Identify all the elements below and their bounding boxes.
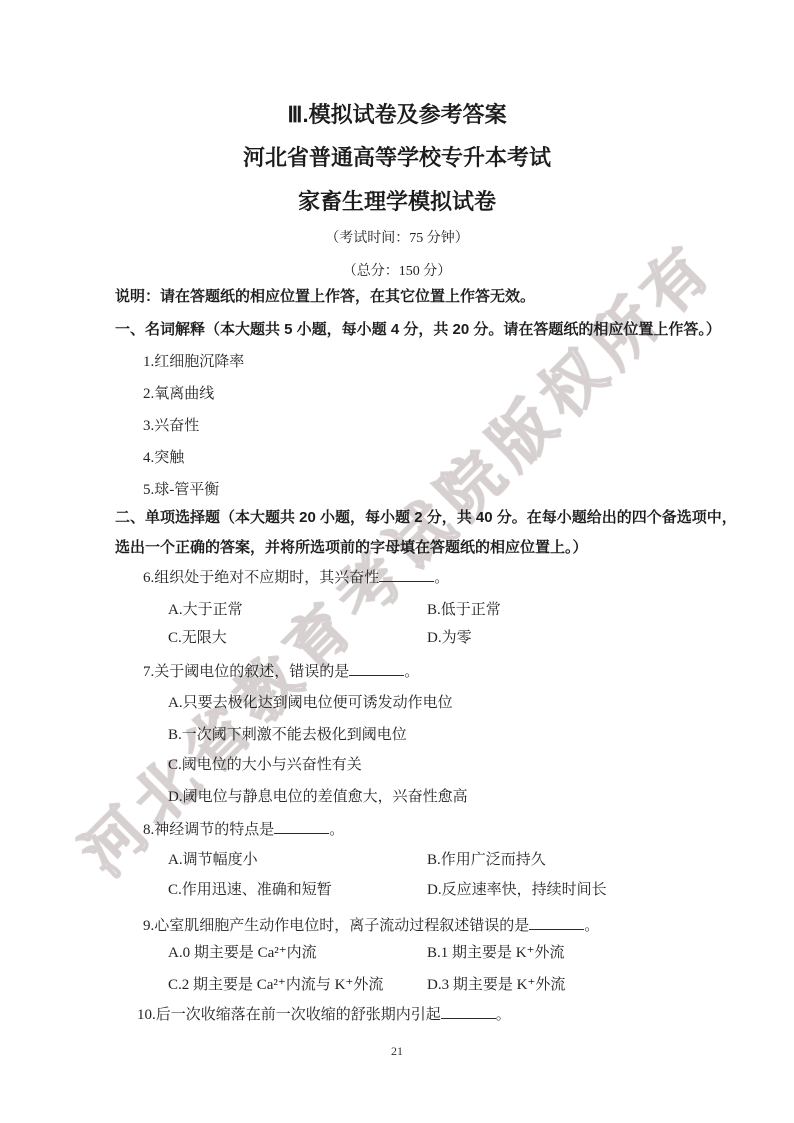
question-10-stem: 10.后一次收缩落在前一次收缩的舒张期内引起。 <box>137 1004 511 1026</box>
question-7-stem-tail: 。 <box>404 664 419 680</box>
option-6-a: A.大于正常 <box>168 599 427 621</box>
page-number: 21 <box>0 1040 794 1062</box>
total-score: （总分：150 分） <box>0 261 794 283</box>
question-6-options-row1: A.大于正常B.低于正常 <box>168 599 501 621</box>
doc-section-title: Ⅲ.模拟试卷及参考答案 <box>0 101 794 129</box>
question-8-stem-tail: 。 <box>329 822 344 838</box>
definition-item-5: 5.球-管平衡 <box>143 479 219 501</box>
paper-title: 家畜生理学模拟试卷 <box>0 188 794 216</box>
option-9-b: B.1 期主要是 K⁺外流 <box>427 945 565 961</box>
instructions: 说明：请在答题纸的相应位置上作答，在其它位置上作答无效。 <box>115 286 535 308</box>
option-9-d: D.3 期主要是 K⁺外流 <box>427 977 565 993</box>
section2-heading-line1: 二、单项选择题（本大题共 20 小题，每小题 2 分，共 40 分。在每小题给出… <box>115 507 737 529</box>
answer-blank <box>441 1004 496 1019</box>
question-10-stem-tail: 。 <box>496 1007 511 1023</box>
section1-heading: 一、名词解释（本大题共 5 小题，每小题 4 分，共 20 分。请在答题纸的相应… <box>115 319 721 341</box>
question-7-stem-text: 7.关于阈电位的叙述，错误的是 <box>143 664 349 680</box>
definition-item-4: 4.突触 <box>143 447 184 469</box>
question-8-options-row2: C.作用迅速、准确和短暂D.反应速率快，持续时间长 <box>168 879 607 901</box>
option-9-c: C.2 期主要是 Ca²⁺内流与 K⁺外流 <box>168 974 427 996</box>
exam-paper-page: 河北省教育考试院版权所有 Ⅲ.模拟试卷及参考答案 河北省普通高等学校专升本考试 … <box>0 0 794 1123</box>
section2-heading-line2: 选出一个正确的答案，并将所选项前的字母填在答题纸的相应位置上。） <box>115 537 588 559</box>
exam-name-title: 河北省普通高等学校专升本考试 <box>0 144 794 172</box>
exam-time: （考试时间：75 分钟） <box>0 228 794 250</box>
question-7-stem: 7.关于阈电位的叙述，错误的是。 <box>143 661 419 683</box>
page-content: Ⅲ.模拟试卷及参考答案 河北省普通高等学校专升本考试 家畜生理学模拟试卷 （考试… <box>0 0 794 1123</box>
question-8-options-row1: A.调节幅度小B.作用广泛而持久 <box>168 849 546 871</box>
question-9-options-row2: C.2 期主要是 Ca²⁺内流与 K⁺外流D.3 期主要是 K⁺外流 <box>168 974 565 996</box>
question-6-stem: 6.组织处于绝对不应期时，其兴奋性。 <box>143 567 449 589</box>
question-9-stem-tail: 。 <box>584 918 599 934</box>
question-9-stem: 9.心室肌细胞产生动作电位时，离子流动过程叙述错误的是。 <box>143 915 599 937</box>
option-8-c: C.作用迅速、准确和短暂 <box>168 879 427 901</box>
question-6-stem-tail: 。 <box>434 570 449 586</box>
option-7-a: A.只要去极化达到阈电位便可诱发动作电位 <box>168 692 453 714</box>
question-9-options-row1: A.0 期主要是 Ca²⁺内流B.1 期主要是 K⁺外流 <box>168 942 565 964</box>
answer-blank <box>274 819 329 834</box>
answer-blank <box>379 567 434 582</box>
option-6-b: B.低于正常 <box>427 602 501 618</box>
option-8-d: D.反应速率快，持续时间长 <box>427 882 607 898</box>
question-9-stem-text: 9.心室肌细胞产生动作电位时，离子流动过程叙述错误的是 <box>143 918 529 934</box>
question-6-stem-text: 6.组织处于绝对不应期时，其兴奋性 <box>143 570 379 586</box>
option-7-b: B.一次阈下刺激不能去极化到阈电位 <box>168 724 407 746</box>
option-7-c: C.阈电位的大小与兴奋性有关 <box>168 754 362 776</box>
question-10-stem-text: 10.后一次收缩落在前一次收缩的舒张期内引起 <box>137 1007 441 1023</box>
question-8-stem: 8.神经调节的特点是。 <box>143 819 344 841</box>
definition-item-3: 3.兴奋性 <box>143 415 199 437</box>
definition-item-2: 2.氧离曲线 <box>143 383 214 405</box>
option-8-a: A.调节幅度小 <box>168 849 427 871</box>
question-6-options-row2: C.无限大D.为零 <box>168 627 472 649</box>
option-6-c: C.无限大 <box>168 627 427 649</box>
option-9-a: A.0 期主要是 Ca²⁺内流 <box>168 942 427 964</box>
question-8-stem-text: 8.神经调节的特点是 <box>143 822 274 838</box>
answer-blank <box>349 661 404 676</box>
option-6-d: D.为零 <box>427 630 472 646</box>
definition-item-1: 1.红细胞沉降率 <box>143 351 244 373</box>
option-8-b: B.作用广泛而持久 <box>427 852 546 868</box>
answer-blank <box>529 915 584 930</box>
option-7-d: D.阈电位与静息电位的差值愈大，兴奋性愈高 <box>168 786 468 808</box>
